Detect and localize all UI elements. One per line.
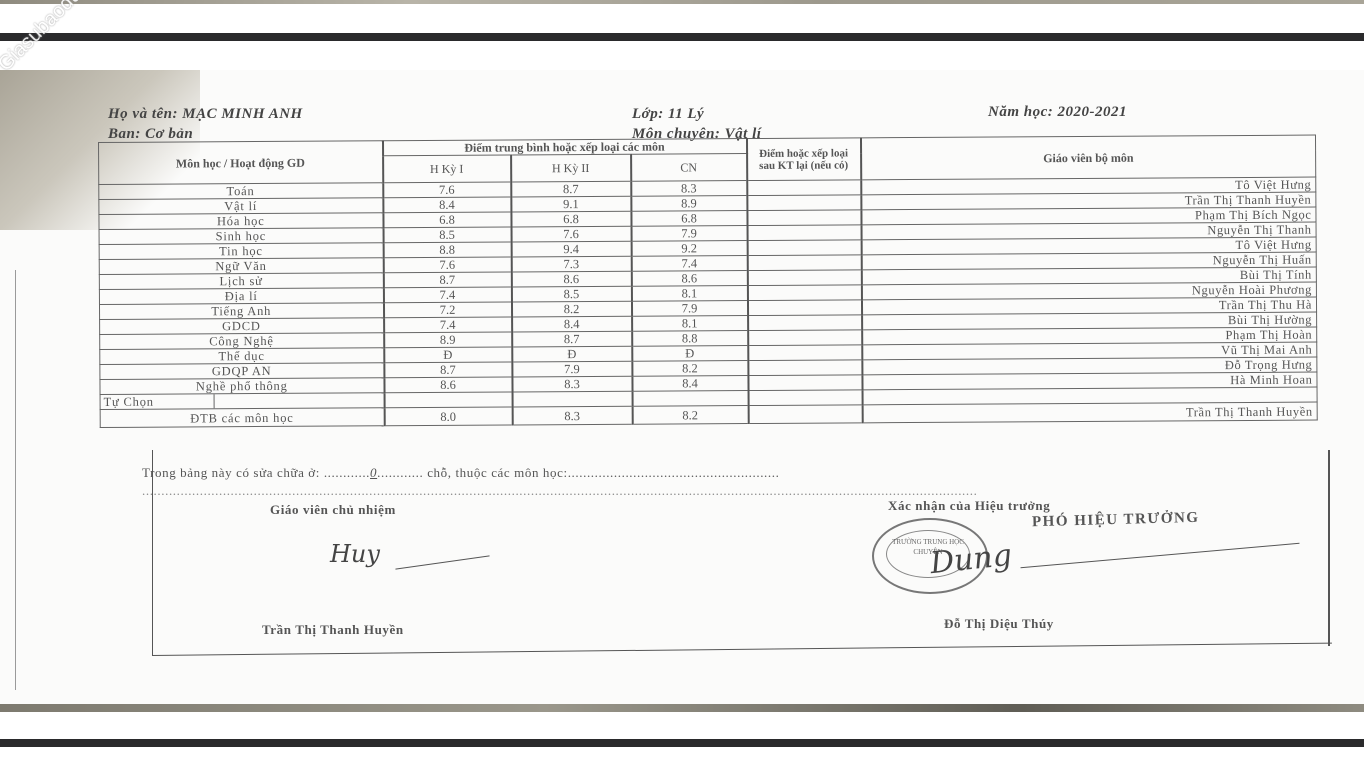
header-teacher: Giáo viên bộ môn bbox=[860, 135, 1315, 180]
year-cell: 8.3 bbox=[631, 181, 747, 197]
retake-cell bbox=[747, 255, 861, 271]
corrections-prefix: Trong bảng này có sửa chữa ở: ..........… bbox=[142, 465, 370, 480]
sem2-cell: 9.1 bbox=[511, 196, 631, 212]
year-cell: 7.4 bbox=[631, 256, 747, 272]
dotted-line: ........................................… bbox=[142, 483, 1242, 499]
document-photo: Họ và tên: MẠC MINH ANH Lớp: 11 Lý Năm h… bbox=[0, 70, 1364, 712]
year-cell: 7.9 bbox=[631, 301, 747, 317]
elective-cell: Tự Chọn bbox=[100, 393, 384, 410]
table-border-right bbox=[1328, 450, 1330, 646]
student-name: Họ và tên: MẠC MINH ANH bbox=[108, 106, 303, 123]
table-border-bottom bbox=[152, 643, 1332, 656]
subject-cell: GDCD bbox=[100, 318, 384, 335]
sem2-cell: 8.2 bbox=[511, 301, 631, 317]
sem2-cell: 7.9 bbox=[512, 361, 632, 377]
retake-cell bbox=[747, 270, 861, 286]
school-year: Năm học: 2020-2021 bbox=[988, 104, 1127, 121]
year-cell: 8.9 bbox=[631, 196, 747, 212]
year-cell: 8.6 bbox=[631, 271, 747, 287]
sem2-cell: 8.4 bbox=[512, 316, 632, 332]
summary-subject: ĐTB các môn học bbox=[100, 408, 384, 428]
subject-cell: Sinh học bbox=[99, 228, 383, 245]
sem1-cell: 8.5 bbox=[383, 227, 511, 243]
frame-bar-bottom bbox=[0, 739, 1364, 747]
year-cell: Đ bbox=[632, 346, 748, 362]
sem1-cell: 7.2 bbox=[383, 302, 511, 318]
sem1-cell: 7.6 bbox=[383, 182, 511, 198]
track-label: Ban: Cơ bản bbox=[108, 126, 193, 143]
sem2-cell bbox=[512, 391, 632, 407]
retake-cell bbox=[747, 210, 861, 226]
year-cell: 8.1 bbox=[632, 316, 748, 332]
subject-cell: Hóa học bbox=[99, 213, 383, 230]
summary-year: 8.2 bbox=[632, 406, 748, 425]
principal-confirm: Xác nhận của Hiệu trưởng bbox=[888, 498, 1050, 514]
year-cell: 8.8 bbox=[632, 331, 748, 347]
retake-cell bbox=[747, 180, 861, 196]
homeroom-signature: Huy bbox=[330, 540, 380, 568]
report-card: Họ và tên: MẠC MINH ANH Lớp: 11 Lý Năm h… bbox=[0, 70, 1364, 712]
elective-label: Tự Chọn bbox=[101, 394, 215, 409]
sem2-cell: 9.4 bbox=[511, 241, 631, 257]
summary-teacher: Trần Thị Thanh Huyền bbox=[862, 402, 1317, 423]
summary-sem1: 8.0 bbox=[384, 407, 512, 426]
sem1-cell: 7.6 bbox=[383, 257, 511, 273]
sem1-cell: Đ bbox=[384, 347, 512, 363]
signature-stroke bbox=[1020, 543, 1299, 568]
homeroom-title: Giáo viên chủ nhiệm bbox=[270, 502, 396, 518]
principal-title: PHÓ HIỆU TRƯỞNG bbox=[1032, 510, 1200, 531]
signature-stroke bbox=[395, 555, 489, 569]
header-subject: Môn học / Hoạt động GD bbox=[99, 141, 383, 185]
header-sem2: H Kỳ II bbox=[511, 154, 631, 182]
summary-sem2: 8.3 bbox=[512, 406, 632, 425]
corrections-line: Trong bảng này có sửa chữa ở: ..........… bbox=[142, 465, 779, 481]
principal-name: Đỗ Thị Diệu Thúy bbox=[944, 616, 1054, 632]
year-cell: 9.2 bbox=[631, 241, 747, 257]
subject-cell: Tin học bbox=[99, 243, 383, 260]
header-year: CN bbox=[631, 154, 747, 182]
subject-cell: Ngữ Văn bbox=[99, 258, 383, 275]
sem1-cell: 6.8 bbox=[383, 212, 511, 228]
subject-cell: Địa lí bbox=[99, 288, 383, 305]
subject-cell: GDQP AN bbox=[100, 363, 384, 380]
sem2-cell: 8.5 bbox=[511, 286, 631, 302]
sem1-cell: 8.6 bbox=[384, 377, 512, 393]
subject-cell: Lịch sử bbox=[99, 273, 383, 290]
year-cell bbox=[632, 391, 748, 407]
sem2-cell: 8.7 bbox=[511, 181, 631, 197]
subject-cell: Toán bbox=[99, 183, 383, 200]
elective-value bbox=[215, 393, 384, 408]
retake-cell bbox=[748, 390, 862, 406]
year-cell: 8.2 bbox=[632, 361, 748, 377]
sem2-cell: 8.6 bbox=[511, 271, 631, 287]
photo-edge-top bbox=[0, 0, 1364, 4]
retake-cell bbox=[748, 345, 862, 361]
retake-cell bbox=[747, 300, 861, 316]
retake-cell bbox=[748, 375, 862, 391]
principal-signature: Dung bbox=[928, 538, 1013, 581]
retake-cell bbox=[748, 330, 862, 346]
year-cell: 8.1 bbox=[631, 286, 747, 302]
sem2-cell: 7.3 bbox=[511, 256, 631, 272]
retake-cell bbox=[747, 225, 861, 241]
year-cell: 6.8 bbox=[631, 211, 747, 227]
retake-cell bbox=[748, 360, 862, 376]
sem1-cell: 8.4 bbox=[383, 197, 511, 213]
sem1-cell bbox=[384, 392, 512, 408]
sem1-cell: 7.4 bbox=[384, 317, 512, 333]
sem2-cell: 6.8 bbox=[511, 211, 631, 227]
frame-bar-top bbox=[0, 33, 1364, 41]
class-label: Lớp: 11 Lý bbox=[632, 106, 704, 123]
retake-cell bbox=[747, 285, 861, 301]
header-sem1: H Kỳ I bbox=[383, 155, 511, 183]
corrections-suffix: ............ chỗ, thuộc các môn học:....… bbox=[377, 465, 779, 480]
retake-cell bbox=[747, 195, 861, 211]
subject-cell: Công Nghệ bbox=[100, 333, 384, 350]
summary-retake bbox=[748, 405, 862, 424]
sem2-cell: 8.7 bbox=[512, 331, 632, 347]
retake-cell bbox=[747, 240, 861, 256]
table-border-left bbox=[152, 450, 153, 656]
sem1-cell: 8.7 bbox=[384, 362, 512, 378]
grades-table: Môn học / Hoạt động GD Điểm trung bình h… bbox=[98, 135, 1318, 468]
sem1-cell: 8.7 bbox=[383, 272, 511, 288]
sem2-cell: 8.3 bbox=[512, 376, 632, 392]
year-cell: 8.4 bbox=[632, 376, 748, 392]
sem1-cell: 8.8 bbox=[383, 242, 511, 258]
subject-cell: Vật lí bbox=[99, 198, 383, 215]
sem2-cell: Đ bbox=[512, 346, 632, 362]
sem1-cell: 8.9 bbox=[384, 332, 512, 348]
subject-cell: Nghề phổ thông bbox=[100, 378, 384, 395]
homeroom-name: Trần Thị Thanh Huyền bbox=[262, 622, 404, 638]
year-cell: 7.9 bbox=[631, 226, 747, 242]
header-retake: Điểm hoặc xếp loại sau KT lại (nếu có) bbox=[746, 138, 860, 181]
subject-cell: Thể dục bbox=[100, 348, 384, 365]
retake-cell bbox=[748, 315, 862, 331]
sem1-cell: 7.4 bbox=[383, 287, 511, 303]
subject-cell: Tiếng Anh bbox=[99, 303, 383, 320]
sem2-cell: 7.6 bbox=[511, 226, 631, 242]
